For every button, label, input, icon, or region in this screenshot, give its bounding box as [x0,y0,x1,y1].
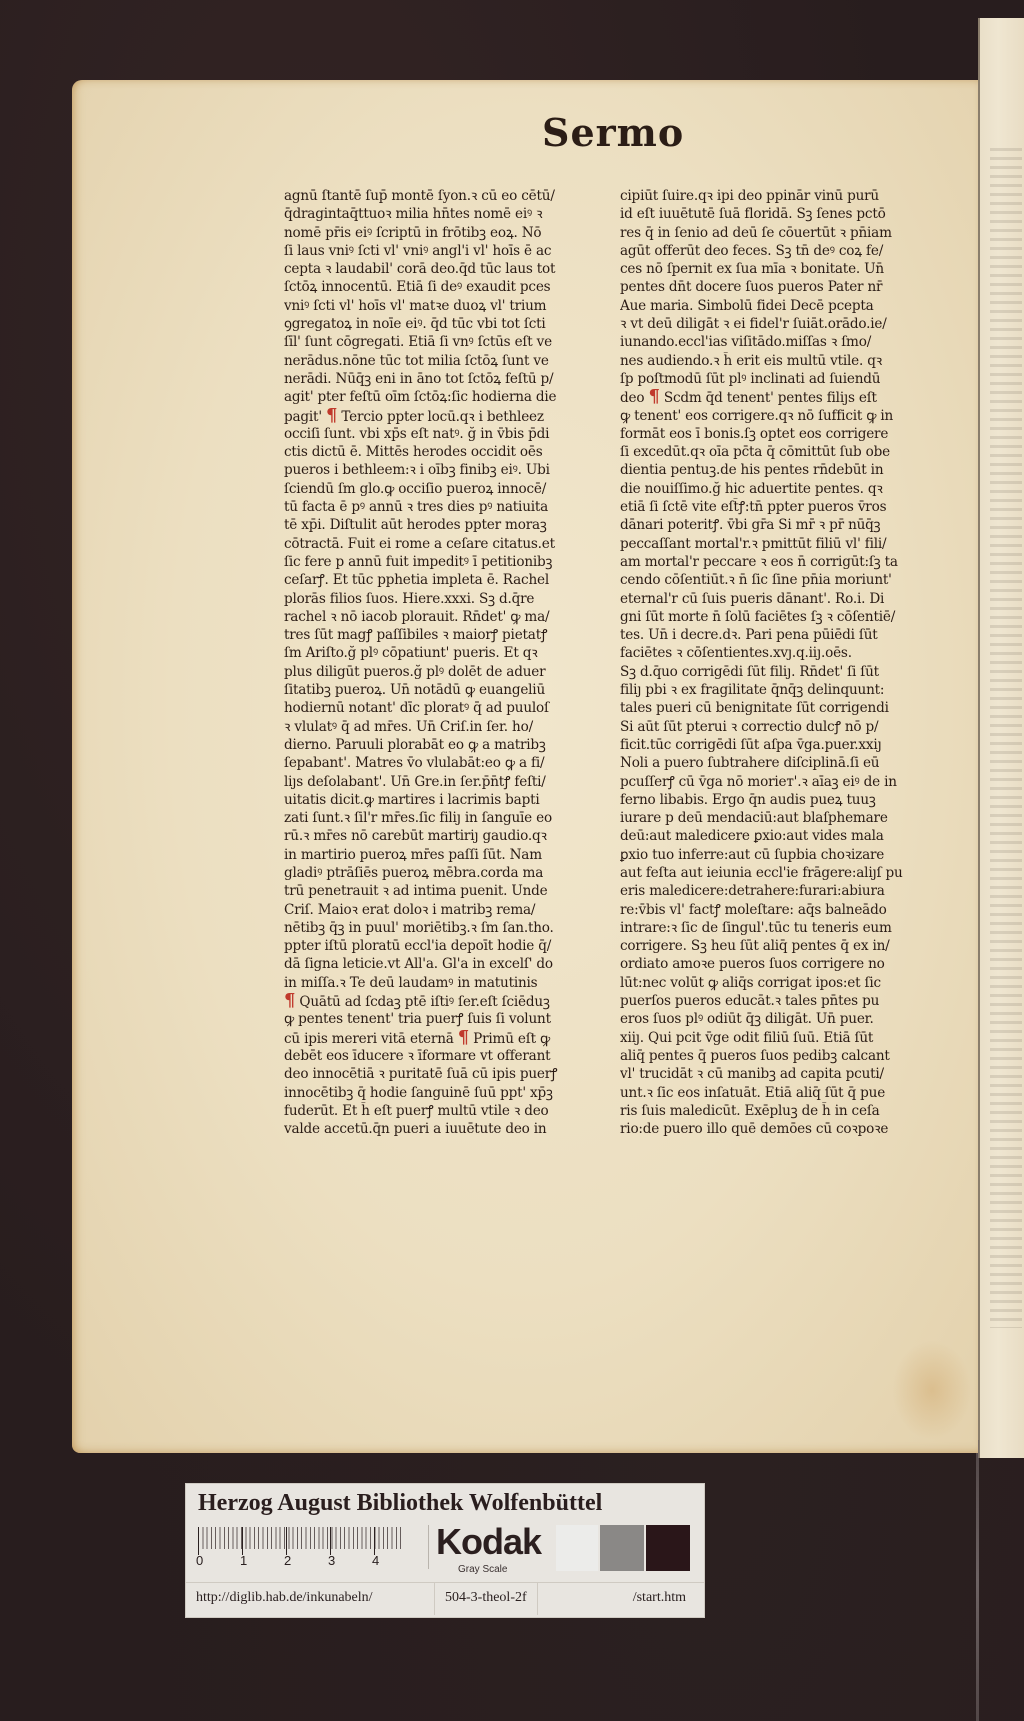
text-line: liȷs deſolabant'. Un̄ Gre.in ſer.p̄n̄tꝭ … [284,773,584,791]
text-line: uitatis dicit.ꝙ martires i lacrimis bapt… [284,791,584,809]
text-line: id eſt iuuētutē ſuā floridā. Sꝫ ſenes pc… [620,205,920,223]
text-line: cendo cōſentiūt.ꝛ n̄ ſic ſine pn̄ia mori… [620,571,920,589]
gray-scale-label: Gray Scale [458,1564,507,1575]
kodak-logo: Kodak [436,1522,541,1562]
ruler-major-tick [286,1527,287,1555]
text-line: fuderūt. Et h̄ eſt puerꝭ multū vtile ꝛ d… [284,1102,584,1120]
text-line: pueros i bethleem:ꝛ i oībꝫ finibꝫ eiꝰ. U… [284,461,584,479]
text-line: rū.ꝛ mr̄es nō carebūt martiriȷ gaudio.qꝛ [284,827,584,845]
text-line: valde accetū.q̄n pueri a iuuētute deo in [284,1120,584,1138]
text-line: nes audiendo.ꝛ h̄ erit eis multū vtile. … [620,352,920,370]
text-line: lūt:nec volūt ꝙ aliq̄s corrigat ipos:et … [620,974,920,992]
text-column-right: cipiūt ſuire.qꝛ ipi deo ppinār vinū purū… [620,187,920,1138]
text-line: ſi laus vniꝰ ſcti vl' vniꝰ angl'i vl' ho… [284,242,584,260]
rubric-paragraph-mark: ¶ [648,388,659,406]
text-line: rio:de puero illo quē demōes cū coꝛpoꝛe [620,1120,920,1138]
ruler-major-tick [330,1527,331,1555]
ruler-label: 3 [328,1553,335,1568]
text-line: dierno. Paruuli plorabāt eo ꝙ a matribꝫ [284,736,584,754]
text-line: ſepabant'. Matres v̄o vlulabāt:eo ꝙ a fi… [284,754,584,772]
text-line: dānari poteritꝭ. v̄bi gr̄a Si mr̄ ꝛ pr̄ … [620,516,920,534]
text-line: pentes dn̄t docere ſuos pueros Pater nr̄ [620,278,920,296]
text-line: gni ſūt morte n̄ ſolū faciētes ſꝫ ꝛ cōſe… [620,608,920,626]
text-line: cepta ꝛ laudabil' corā deo.q̄d tūc laus … [284,260,584,278]
text-line: deo ¶ Scdm q̄d tenent' pentes filiȷs eſt [620,388,920,406]
text-line: iunando.eccl'ias viſitādo.miſſas ꝛ ſmo/ [620,333,920,351]
ruler-label: 1 [240,1553,247,1568]
ruler-label: 2 [284,1553,291,1568]
text-line: ꝛ vt deū diligāt ꝛ ei fidel'r ſuiāt.orād… [620,315,920,333]
ruler-major-tick [198,1527,199,1555]
text-line: eris maledicere:detrahere:furari:abiura [620,882,920,900]
text-line: nerādi. Nūq̄ꝫ eni in āno tot ſctōꝝ feſtū… [284,370,584,388]
text-line: ſitatibꝫ pueroꝝ. Un̄ notādū ꝙ euangeliū [284,681,584,699]
rubric-paragraph-mark: ¶ [458,1029,469,1047]
text-line: occiſi ſunt. vbi xp̄s eſt natꝰ. ğ in v̄b… [284,425,584,443]
text-line: aut feſta aut ieiunia eccl'ie frāgere:al… [620,864,920,882]
text-line: tē xp̄i. Diſtulit aūt herodes ppter mora… [284,516,584,534]
text-line: ſic fere p annū fuit impeditꝰ ī petition… [284,553,584,571]
text-line: nerādus.nōne tūc tot milia ſctōꝝ ſunt ve [284,352,584,370]
text-line: Criſ. Maioꝛ erat doloꝛ i matribꝫ rema/ [284,901,584,919]
text-line: tales pueri cū benignitate ſūt corrigend… [620,699,920,717]
text-line: rachel ꝛ nō iacob plorauit. Rn̄det' ꝙ ma… [284,608,584,626]
text-line: am mortal'r peccare ꝛ eos n̄ corrigūt:ſꝫ… [620,553,920,571]
text-line: agūt offerūt deo feces. Sꝫ tn̄ deꝰ coꝝ f… [620,242,920,260]
text-line: cū ipis mereri vitā eternā ¶ Primū eſt ꝙ [284,1029,584,1047]
text-line: debēt eos īducere ꝛ īformare vt offerant [284,1047,584,1065]
adjacent-page [978,18,1024,1458]
show-through-text [990,148,1022,1328]
book-page: Sermo agnū ſtantē ſup̄ montē ſyon.ꝛ cū e… [72,80,978,1453]
text-line: ſctōꝝ innocentū. Etiā ſi deꝰ exaudit pce… [284,278,584,296]
text-line: ꝙ tenent' eos corrigere.qꝛ nō ſufficit ꝙ… [620,407,920,425]
text-line: ppter iſtū ploratū eccl'ia depoīt hodie … [284,937,584,955]
text-line: innocētibꝫ q̄ hodie ſanguinē ſuū ppt' xp… [284,1084,584,1102]
library-title: Herzog August Bibliothek Wolfenbüttel [198,1490,602,1517]
text-line: etiā ſi ſctē vite eſt̄ꝭ:tn̄ ppter pueros… [620,498,920,516]
text-line: faciētes ꝛ cōſentientes.xvȷ.q.iiȷ.oēs. [620,644,920,662]
text-line: ſm Ariſto.ğ plꝰ cōpatiunt' pueris. Et qꝛ [284,644,584,662]
text-line: plorās filios ſuos. Hiere.xxxi. Sꝫ d.q̄r… [284,590,584,608]
ruler-label: 4 [372,1553,379,1568]
text-line: filiȷ pbi ꝛ ex fragilitate q̄nq̄ꝫ delinq… [620,681,920,699]
text-line: ſi excedūt.qꝛ oīa pc̄ta q̄ cōmittūt ſub … [620,443,920,461]
text-line: corrigere. Sꝫ heu ſūt aliq̄ pentes q̄ ex… [620,937,920,955]
binding-edge [976,1440,979,1721]
gray-swatch [600,1525,644,1571]
text-line: re:v̄bis vl' factꝭ moleſtare: aq̄s balne… [620,901,920,919]
text-line: gladiꝰ ptrāſiēs pueroꝝ mēbra.corda ma [284,864,584,882]
text-line: ꝑxio tuo inferre:aut cū ſupbia choꝛizare [620,846,920,864]
page-stain [892,1340,972,1440]
running-header: Sermo [542,110,684,155]
text-line: ris ſuis maledicūt. Exēpluꝫ de h̄ in ceſ… [620,1102,920,1120]
text-line: ꝛ vlulatꝰ q̄ ad mr̄es. Un̄ Criſ.in ſer. … [284,718,584,736]
text-line: puerſos pueros educāt.ꝛ tales pn̄tes pu [620,992,920,1010]
black-swatch [646,1525,690,1571]
text-line: ſīl' ſunt cōgregati. Etiā ſi vnꝰ ſctūs e… [284,333,584,351]
text-line: trū penetrauit ꝛ ad intima puenit. Unde [284,882,584,900]
text-line: res q̄ in ſenio ad deū ſe cōuertūt ꝛ pn̄… [620,224,920,242]
text-line: xiiȷ. Qui pcit v̄ge odit filiū ſuū. Etiā… [620,1029,920,1047]
text-line: ꝙ pentes tenent' tria puerꝭ ſuis ſi volu… [284,1010,584,1028]
text-line: ¶ Quātū ad ſcdaꝫ ptē iſtiꝰ ſer.eſt ſciēd… [284,992,584,1010]
text-line: ctis dictū ē. Mittēs herodes occidit oēs [284,443,584,461]
text-line: ceſarꝭ. Et tūc pphetia impleta ē. Rachel [284,571,584,589]
ruler-label: 0 [196,1553,203,1568]
text-line: eros ſuos plꝰ odiūt q̄ꝫ diligāt. Un̄ pue… [620,1010,920,1028]
text-line: ꝯgregatoꝝ in noīe eiꝰ. q̄d tūc vbi tot ſ… [284,315,584,333]
text-line: Aue maria. Simbolū fidei Decē pcepta [620,297,920,315]
text-line: intrare:ꝛ ſic de ſingul'.tūc tu teneris … [620,919,920,937]
text-line: q̄dragintaq̄ttuoꝛ milia hn̄tes nomē eiꝰ … [284,205,584,223]
url-suffix: /start.htm [633,1590,686,1606]
library-url: http://diglib.hab.de/inkunabeln/ [196,1590,373,1606]
text-line: deo innocētiā ꝛ puritatē ſuā cū ipis pue… [284,1065,584,1083]
text-line: ferno libabis. Ergo q̄n audis pueꝝ tuuꝫ [620,791,920,809]
text-line: ordiato amoꝛe pueros ſuos corrigere no [620,955,920,973]
text-line: ſp poſtmodū ſūt plꝰ inclinati ad ſuiendū [620,370,920,388]
text-line: pcuſſerꝭ cū v̄ga nō morieт'.ꝛ aīaꝫ eiꝰ d… [620,773,920,791]
citation-row: http://diglib.hab.de/inkunabeln/ 504-3-t… [186,1582,704,1615]
white-swatch [556,1525,598,1571]
rubric-paragraph-mark: ¶ [284,992,295,1010]
text-line: agnū ſtantē ſup̄ montē ſyon.ꝛ cū eo cētū… [284,187,584,205]
text-line: ficit.tūc corrigēdi ſūt aſpa v̄ga.puer.x… [620,736,920,754]
text-line: unt.ꝛ ſic eos inſatuāt. Etiā aliq̄ ſūt q… [620,1084,920,1102]
text-column-left: agnū ſtantē ſup̄ montē ſyon.ꝛ cū eo cētū… [284,187,584,1138]
text-line: Sꝫ d.q̄uo corrigēdi ſūt filiȷ. Rn̄det' ſ… [620,663,920,681]
text-line: in martirio pueroꝝ mr̄es paſſi ſūt. Nam [284,846,584,864]
text-line: vl' trucidāt ꝛ cū manibꝫ ad capita pcuti… [620,1065,920,1083]
text-line: cipiūt ſuire.qꝛ ipi deo ppinār vinū purū [620,187,920,205]
text-line: in miſſa.ꝛ Te deū laudamꝰ in matutinis [284,974,584,992]
scale-target-card: Herzog August Bibliothek Wolfenbüttel 0 … [185,1483,705,1618]
text-line: dientia pentuꝫ.de his pentes rn̄debūt in [620,461,920,479]
text-line: nētibꝫ q̄ꝫ in puul' moriētibꝫ.ꝛ ſm ſan.t… [284,919,584,937]
text-line: ces nō ſpernit ex ſua mīa ꝛ bonitate. Un… [620,260,920,278]
measurement-ruler: 0 1 2 3 4 [198,1525,429,1569]
text-line: peccaſſant mortal'r.ꝛ pmittūt filiū vl' … [620,535,920,553]
text-line: tes. Un̄ i decre.dꝛ. Pari pena pūiēdi ſū… [620,626,920,644]
text-line: cōtractā. Fuit ei rome a ceſare citatus.… [284,535,584,553]
text-line: pagit' ¶ Tercio ppter locū.qꝛ i bethleez [284,407,584,425]
text-line: hodiernū notant' dīc ploratꝰ q̄ ad puulo… [284,699,584,717]
text-line: tres ſūt magꝭ paſſibiles ꝛ maiorꝭ pietat… [284,626,584,644]
text-line: deū:aut maledicere ꝑxio:aut vides mala [620,827,920,845]
text-line: zati ſunt.ꝛ ſil'r mr̄es.ſic filiȷ in ſan… [284,809,584,827]
text-line: ſciendū ſm glo.ꝙ occiſio pueroꝝ innocē/ [284,480,584,498]
text-line: nomē pr̄is eiꝰ ſcriptū in frōtibꝫ eoꝝ. N… [284,224,584,242]
ruler-major-tick [242,1527,243,1555]
text-line: eternal'r cū ſuis pueris dānant'. Ro.i. … [620,590,920,608]
text-line: dā ſigna leticie.vt All'a. Gl'a in excel… [284,955,584,973]
ruler-major-tick [374,1527,375,1555]
text-line: plus diligūt pueros.ğ plꝰ dolēt de aduer [284,663,584,681]
text-line: Si aūt ſūt pterui ꝛ correctio dulcꝭ nō p… [620,718,920,736]
text-line: Noli a puero ſubtrahere diſciplinā.ſi eū [620,754,920,772]
text-line: iurare p deū mendaciū:aut blaſphemare [620,809,920,827]
shelfmark: 504-3-theol-2f [434,1583,538,1615]
text-line: agit' pter feſtū oīm ſctōꝝ:ſic hodierna … [284,388,584,406]
rubric-paragraph-mark: ¶ [326,407,337,425]
text-line: tū facta ē pꝰ annū ꝛ tres dies pꝰ natiui… [284,498,584,516]
text-line: vniꝰ ſcti vl' hoīs vl' matꝛe duoꝝ vl' tr… [284,297,584,315]
text-line: die nouiſſimo.ğ hic aduertite pentes. qꝛ [620,480,920,498]
text-line: aliq̄ pentes q̄ pueros ſuos pedibꝫ calca… [620,1047,920,1065]
text-line: formāt eos ī bonis.ſꝫ optet eos corriger… [620,425,920,443]
